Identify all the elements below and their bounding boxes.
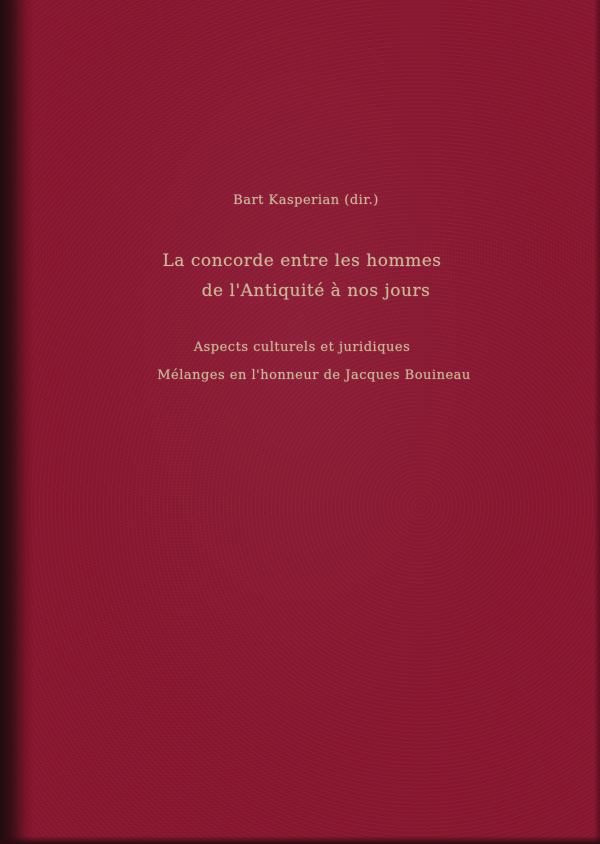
book-cover: Bart Kasperian (dir.) La concorde entre … bbox=[0, 0, 600, 844]
subtitle-line-2: Mélanges en l'honneur de Jacques Bouinea… bbox=[0, 368, 600, 383]
cover-bottom-edge bbox=[0, 836, 600, 844]
cover-right-edge bbox=[594, 0, 600, 844]
subtitle-line-1: Aspects culturels et juridiques bbox=[0, 340, 600, 355]
title-line-2: de l'Antiquité à nos jours bbox=[0, 281, 600, 301]
author-line: Bart Kasperian (dir.) bbox=[0, 193, 600, 208]
spine-shadow bbox=[0, 0, 34, 844]
title-line-1: La concorde entre les hommes bbox=[0, 251, 600, 271]
